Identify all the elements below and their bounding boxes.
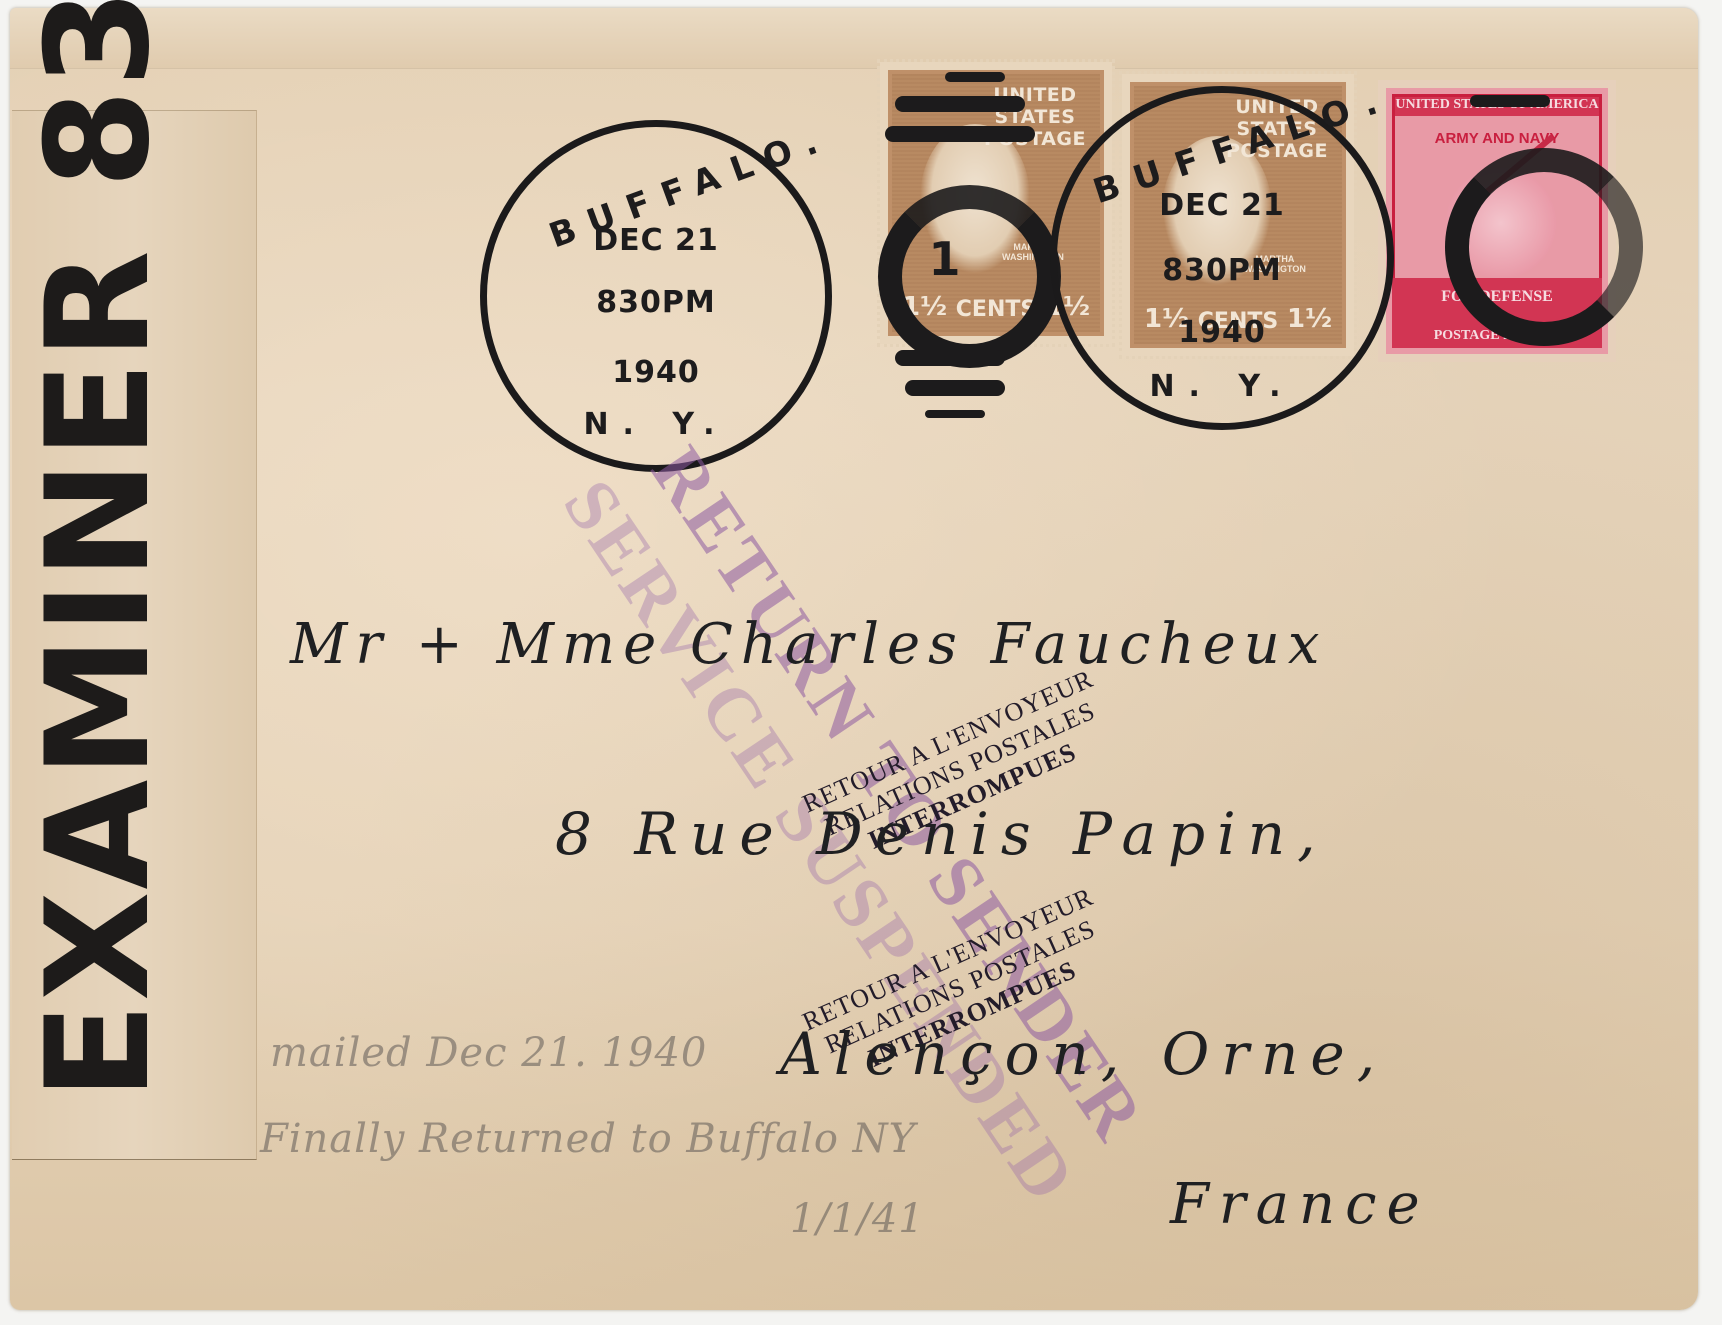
postmark-time: 830PM — [487, 285, 825, 320]
address-country: France — [1170, 1172, 1430, 1237]
pencil-note-date: 1/1/41 — [790, 1196, 925, 1242]
censor-label-text: EXAMINER — [16, 248, 181, 1100]
postmark-year: 1940 — [487, 355, 825, 390]
killer-bars-cancel — [905, 72, 1015, 156]
pencil-note-returned: Finally Returned to Buffalo NY — [260, 1116, 916, 1162]
censor-label: EXAMINER833 — [28, 0, 170, 1100]
postmark-state: N. Y. — [487, 407, 825, 442]
address-name: Mr + Mme Charles Faucheux — [290, 612, 1327, 677]
address-street: 8 Rue Denis Papin, — [555, 800, 1328, 868]
postmark-state: N. Y. — [1057, 369, 1387, 404]
postmark-time: 830PM — [1057, 253, 1387, 288]
postmark-year: 1940 — [1057, 315, 1387, 350]
postmark-date: DEC 21 — [1057, 188, 1387, 223]
postmark-date: DEC 21 — [487, 223, 825, 258]
stamp-subtitle: ARMY AND NAVY — [1386, 130, 1608, 147]
postmark-buffalo-1: BUFFALO. DEC 21 830PM 1940 N. Y. — [480, 120, 832, 472]
envelope-top-flap — [10, 8, 1698, 69]
pencil-note-mailed: mailed Dec 21. 1940 — [270, 1030, 707, 1076]
killer-cancel-number: 1 — [920, 232, 970, 286]
killer-bars-cancel-2 — [1470, 95, 1570, 121]
censor-examiner-number: 833 — [16, 0, 181, 188]
postmark-buffalo-2: BUFFALO. DEC 21 830PM 1940 N. Y. — [1050, 86, 1394, 430]
killer-bars-cancel-bottom — [895, 350, 1015, 432]
killer-cancel-ring-2 — [1445, 148, 1643, 346]
address-city: Alençon, Orne, — [780, 1020, 1387, 1088]
